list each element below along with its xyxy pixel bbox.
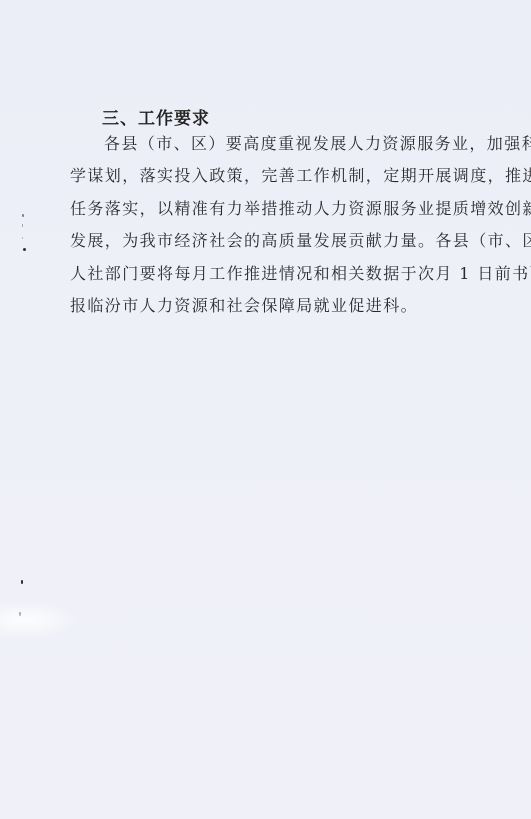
scan-mark [21,580,23,584]
section-heading: 三、工作要求 [102,104,210,129]
paragraph-line: 发展，为我市经济社会的高质量发展贡献力量。各县（市、区） [70,225,510,257]
paragraph-line: 任务落实，以精准有力举措推动人力资源服务业提质增效创新 [70,193,510,225]
paragraph-line: 报临汾市人力资源和社会保障局就业促进科。 [70,290,510,322]
paragraph-line: 人社部门要将每月工作推进情况和相关数据于次月 1 日前书面 [70,258,510,290]
scan-mark [23,248,26,251]
scan-mark [22,224,23,227]
scan-mark [22,237,23,239]
scan-mark [22,214,24,217]
document-page: 三、工作要求 各县（市、区）要高度重视发展人力资源服务业，加强科 学谋划，落实投… [0,0,531,819]
work-requirements-paragraph: 各县（市、区）要高度重视发展人力资源服务业，加强科 学谋划，落实投入政策，完善工… [70,128,510,322]
scan-glare [0,600,80,640]
paragraph-line: 各县（市、区）要高度重视发展人力资源服务业，加强科 [70,128,510,160]
paragraph-line: 学谋划，落实投入政策，完善工作机制，定期开展调度，推进 [70,160,510,192]
